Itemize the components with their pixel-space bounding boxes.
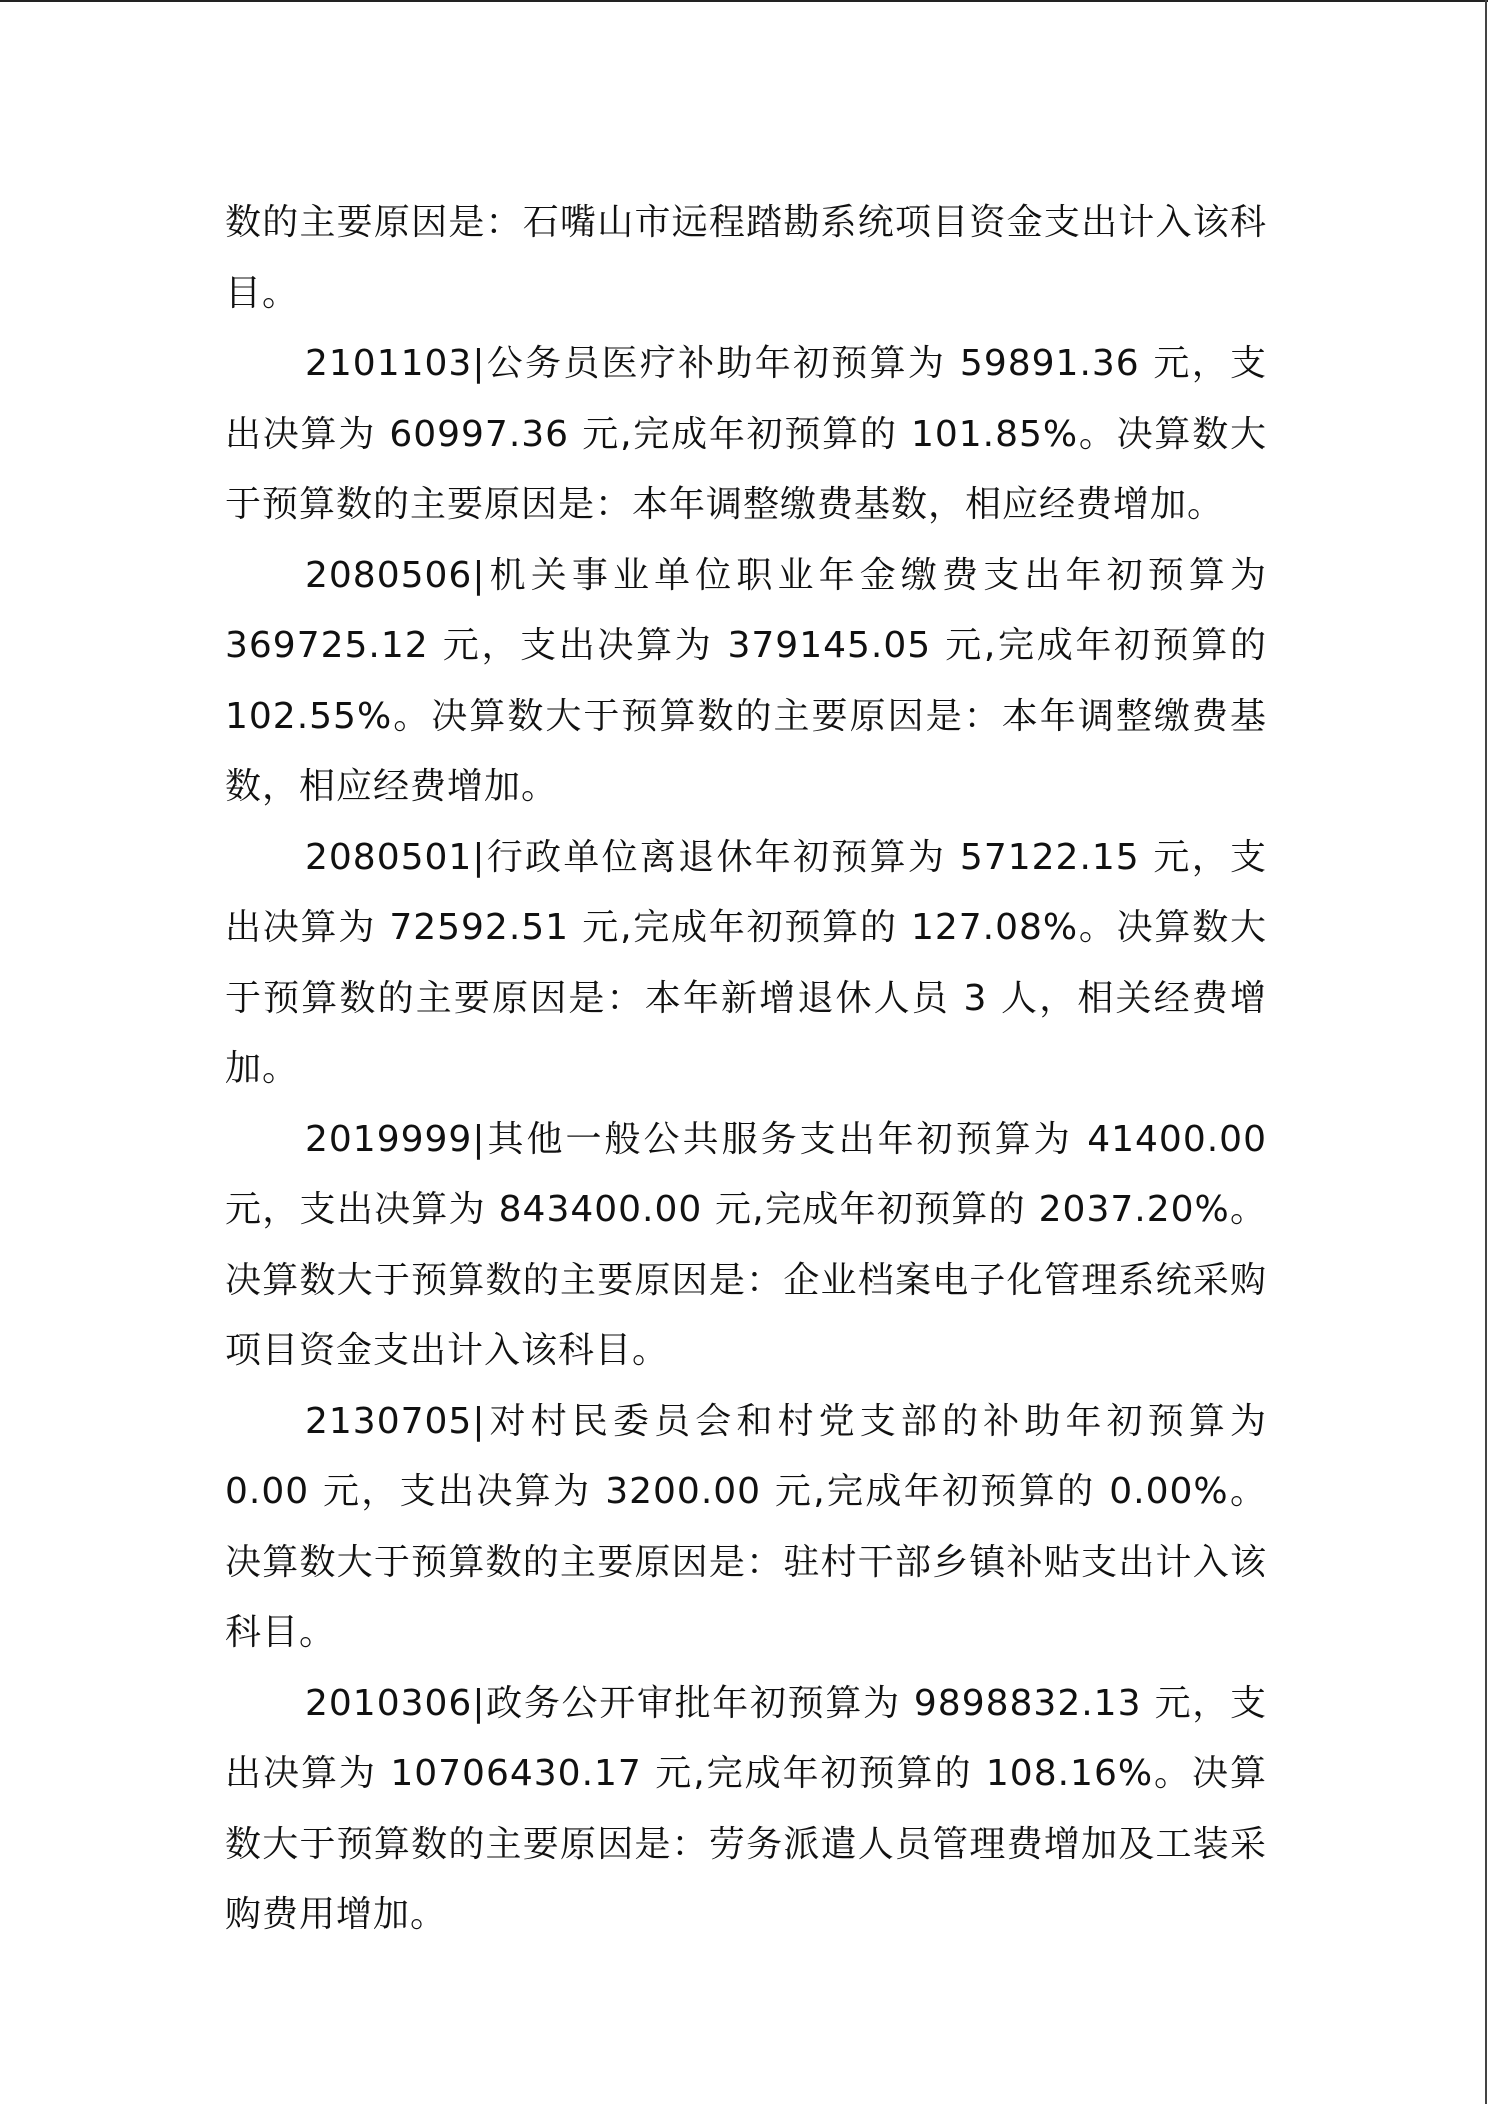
paragraph-2130705: 2130705|对村民委员会和村党支部的补助年初预算为0.00 元，支出决算为 …: [225, 1387, 1267, 1669]
page-top-border: [0, 0, 1488, 2]
document-page: 数的主要原因是：石嘴山市远程踏勘系统项目资金支出计入该科目。 2101103|公…: [225, 188, 1267, 1951]
paragraph-2101103: 2101103|公务员医疗补助年初预算为 59891.36 元，支出决算为 60…: [225, 329, 1267, 541]
paragraph-2080501: 2080501|行政单位离退休年初预算为 57122.15 元，支出决算为 72…: [225, 823, 1267, 1105]
paragraph-2019999: 2019999|其他一般公共服务支出年初预算为 41400.00元，支出决算为 …: [225, 1105, 1267, 1387]
paragraph-2080506: 2080506|机关事业单位职业年金缴费支出年初预算为369725.12 元，支…: [225, 541, 1267, 823]
page-right-border: [1485, 0, 1487, 2104]
paragraph-2010306: 2010306|政务公开审批年初预算为 9898832.13 元，支出决算为 1…: [225, 1669, 1267, 1951]
paragraph-continuation: 数的主要原因是：石嘴山市远程踏勘系统项目资金支出计入该科目。: [225, 188, 1267, 329]
